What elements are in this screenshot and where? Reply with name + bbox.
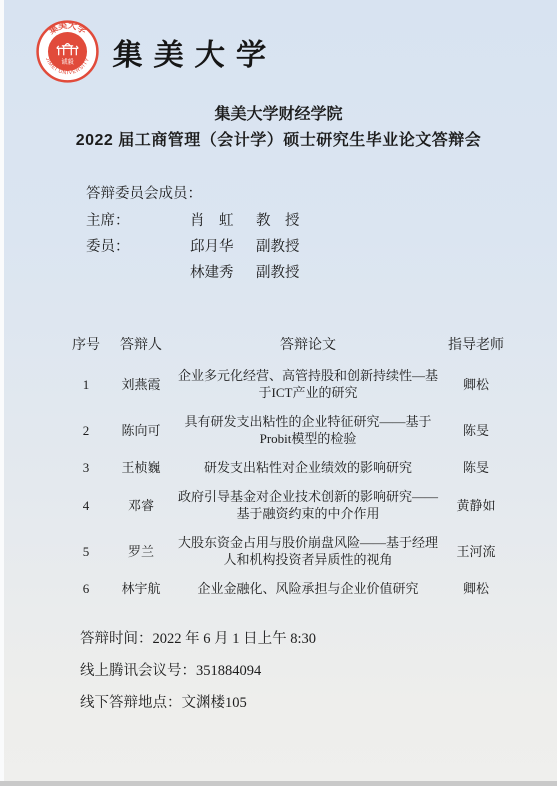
defender-name: 邓睿	[109, 497, 173, 514]
advisor-name: 王河流	[443, 543, 509, 560]
committee-role: 委员：	[86, 239, 190, 256]
table-row: 3 王桢巍 研发支出粘性对企业绩效的影响研究 陈旻	[63, 459, 511, 476]
row-no: 1	[63, 376, 109, 393]
committee-role: 主席：	[86, 213, 190, 230]
thesis-title: 企业多元化经营、高管持股和创新持续性—基于ICT产业的研究	[173, 367, 443, 401]
committee-member-name: 肖 虹	[190, 213, 256, 230]
advisor-name: 陈旻	[443, 459, 509, 476]
advisor-name: 卿松	[443, 580, 509, 597]
page-bottom-edge	[0, 781, 557, 786]
row-no: 5	[63, 543, 109, 560]
online-meeting-id: 线上腾讯会议号：351884094	[80, 662, 316, 681]
defender-name: 王桢巍	[109, 459, 173, 476]
col-header-defender: 答辩人	[109, 337, 173, 354]
committee-member-name: 林建秀	[190, 265, 256, 282]
committee-row: 委员： 邱月华 副教授	[86, 239, 326, 256]
col-header-thesis: 答辩论文	[173, 337, 443, 354]
defender-name: 陈向可	[109, 422, 173, 439]
document-page: 集美大学 JIMEI UNIVERSITY 诚毅 集美大学 集美大学财经学院 2…	[0, 0, 557, 786]
defender-name: 罗兰	[109, 543, 173, 560]
title-event: 2022 届工商管理（会计学）硕士研究生毕业论文答辩会	[0, 127, 557, 150]
committee-section: 答辩委员会成员： 主席： 肖 虹 教 授 委员： 邱月华 副教授 林建秀 副教授	[86, 186, 326, 291]
col-header-advisor: 指导老师	[443, 337, 509, 354]
row-no: 6	[63, 580, 109, 597]
committee-row: 林建秀 副教授	[86, 265, 326, 282]
thesis-title: 大股东资金占用与股价崩盘风险——基于经理人和机构投资者异质性的视角	[173, 534, 443, 568]
committee-role	[86, 265, 190, 282]
footer-info: 答辩时间：2022 年 6 月 1 日上午 8:30 线上腾讯会议号：35188…	[80, 630, 316, 726]
advisor-name: 卿松	[443, 376, 509, 393]
table-row: 6 林宇航 企业金融化、风险承担与企业价值研究 卿松	[63, 580, 511, 597]
university-wordmark: 集美大学	[112, 30, 278, 74]
university-seal-icon: 集美大学 JIMEI UNIVERSITY 诚毅	[36, 20, 99, 83]
table-row: 5 罗兰 大股东资金占用与股价崩盘风险——基于经理人和机构投资者异质性的视角 王…	[63, 534, 511, 568]
committee-heading: 答辩委员会成员：	[86, 186, 326, 203]
advisor-name: 陈旻	[443, 422, 509, 439]
thesis-title: 研发支出粘性对企业绩效的影响研究	[173, 459, 443, 476]
committee-member-title: 副教授	[256, 265, 326, 282]
row-no: 3	[63, 459, 109, 476]
table-row: 4 邓睿 政府引导基金对企业技术创新的影响研究——基于融资约束的中介作用 黄静如	[63, 488, 511, 522]
committee-member-title: 教 授	[256, 213, 326, 230]
defense-time: 答辩时间：2022 年 6 月 1 日上午 8:30	[80, 630, 316, 649]
table-row: 1 刘燕霞 企业多元化经营、高管持股和创新持续性—基于ICT产业的研究 卿松	[63, 367, 511, 401]
committee-member-title: 副教授	[256, 239, 326, 256]
offline-location: 线下答辩地点：文渊楼105	[80, 694, 316, 713]
row-no: 2	[63, 422, 109, 439]
committee-row: 主席： 肖 虹 教 授	[86, 213, 326, 230]
university-header: 集美大学 JIMEI UNIVERSITY 诚毅 集美大学	[36, 20, 277, 83]
defense-schedule-table: 序号 答辩人 答辩论文 指导老师 1 刘燕霞 企业多元化经营、高管持股和创新持续…	[63, 337, 511, 609]
col-header-no: 序号	[63, 337, 109, 354]
row-no: 4	[63, 497, 109, 514]
defender-name: 林宇航	[109, 580, 173, 597]
defender-name: 刘燕霞	[109, 376, 173, 393]
advisor-name: 黄静如	[443, 497, 509, 514]
thesis-title: 政府引导基金对企业技术创新的影响研究——基于融资约束的中介作用	[173, 488, 443, 522]
committee-member-name: 邱月华	[190, 239, 256, 256]
table-row: 2 陈向可 具有研发支出粘性的企业特征研究——基于Probit模型的检验 陈旻	[63, 413, 511, 447]
thesis-title: 具有研发支出粘性的企业特征研究——基于Probit模型的检验	[173, 413, 443, 447]
table-header-row: 序号 答辩人 答辩论文 指导老师	[63, 337, 511, 354]
title-school: 集美大学财经学院	[0, 101, 557, 124]
thesis-title: 企业金融化、风险承担与企业价值研究	[173, 580, 443, 597]
